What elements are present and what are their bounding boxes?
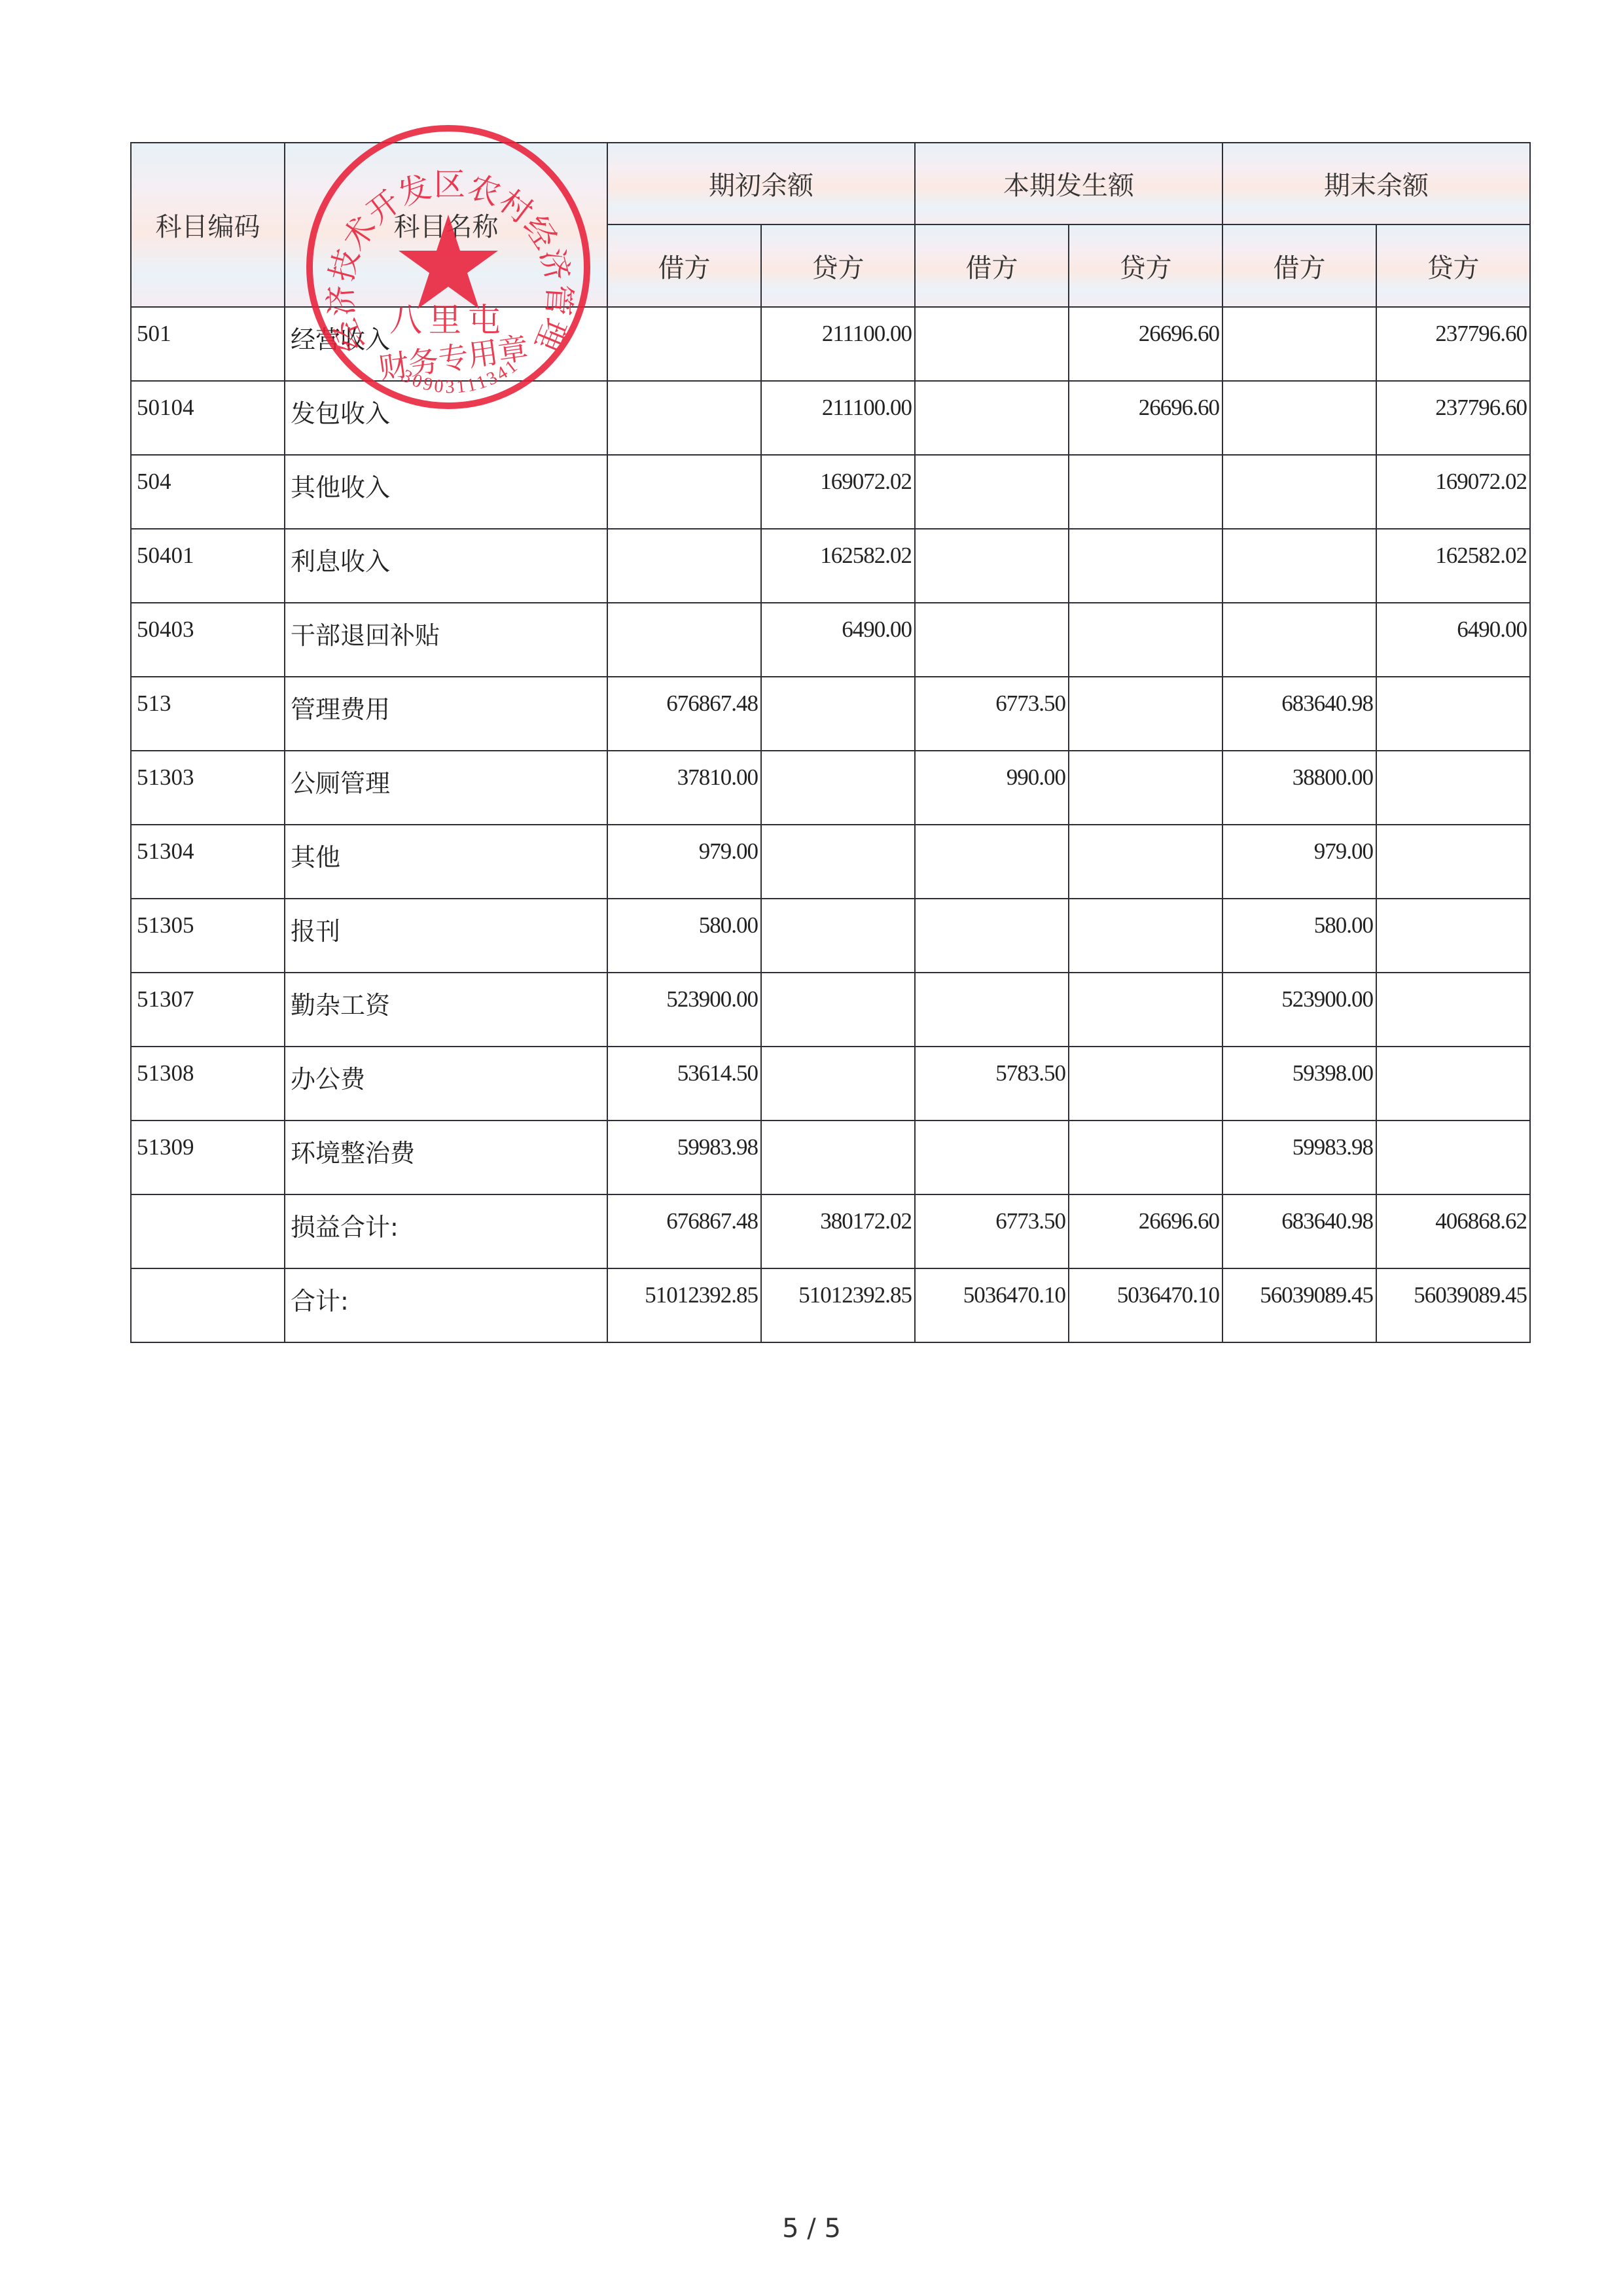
closing-debit-amount: 59983.98 bbox=[1222, 1121, 1376, 1194]
closing-credit-amount: 237796.60 bbox=[1376, 307, 1530, 381]
header-period-amount: 本期发生额 bbox=[915, 143, 1222, 224]
opening-debit-amount: 676867.48 bbox=[607, 1194, 761, 1268]
closing-credit-amount bbox=[1376, 1047, 1530, 1121]
opening-debit-amount bbox=[607, 307, 761, 381]
period-credit-amount bbox=[1069, 825, 1222, 899]
header-opening-credit: 贷方 bbox=[761, 224, 915, 307]
account-code: 501 bbox=[131, 307, 285, 381]
closing-debit-amount: 580.00 bbox=[1222, 899, 1376, 973]
account-code: 50403 bbox=[131, 603, 285, 677]
table-row: 504其他收入169072.02169072.02 bbox=[131, 455, 1530, 529]
opening-credit-amount bbox=[761, 899, 915, 973]
closing-debit-amount bbox=[1222, 307, 1376, 381]
table-body: 501经营收入211100.0026696.60237796.6050104发包… bbox=[131, 307, 1530, 1342]
header-closing-credit: 贷方 bbox=[1376, 224, 1530, 307]
period-debit-amount: 6773.50 bbox=[915, 677, 1069, 751]
period-debit-amount bbox=[915, 603, 1069, 677]
period-debit-amount bbox=[915, 899, 1069, 973]
opening-credit-amount: 211100.00 bbox=[761, 381, 915, 455]
period-debit-amount bbox=[915, 381, 1069, 455]
table-row: 513管理费用676867.486773.50683640.98 bbox=[131, 677, 1530, 751]
opening-debit-amount bbox=[607, 381, 761, 455]
table-row: 50403干部退回补贴6490.006490.00 bbox=[131, 603, 1530, 677]
closing-credit-amount: 406868.62 bbox=[1376, 1194, 1530, 1268]
opening-credit-amount bbox=[761, 677, 915, 751]
opening-debit-amount: 676867.48 bbox=[607, 677, 761, 751]
opening-debit-amount: 37810.00 bbox=[607, 751, 761, 825]
period-debit-amount bbox=[915, 455, 1069, 529]
period-debit-amount bbox=[915, 973, 1069, 1047]
table-row: 501经营收入211100.0026696.60237796.60 bbox=[131, 307, 1530, 381]
table-row: 51304其他979.00979.00 bbox=[131, 825, 1530, 899]
table-row: 51303公厕管理37810.00990.0038800.00 bbox=[131, 751, 1530, 825]
account-name: 损益合计: bbox=[285, 1194, 607, 1268]
closing-debit-amount: 523900.00 bbox=[1222, 973, 1376, 1047]
account-name: 经营收入 bbox=[285, 307, 607, 381]
closing-debit-amount bbox=[1222, 603, 1376, 677]
account-name: 发包收入 bbox=[285, 381, 607, 455]
opening-debit-amount: 523900.00 bbox=[607, 973, 761, 1047]
account-name: 合计: bbox=[285, 1268, 607, 1342]
account-code: 51308 bbox=[131, 1047, 285, 1121]
opening-debit-amount: 53614.50 bbox=[607, 1047, 761, 1121]
account-code: 50401 bbox=[131, 529, 285, 603]
opening-credit-amount: 169072.02 bbox=[761, 455, 915, 529]
opening-credit-amount bbox=[761, 973, 915, 1047]
opening-credit-amount: 211100.00 bbox=[761, 307, 915, 381]
account-name: 利息收入 bbox=[285, 529, 607, 603]
account-name: 勤杂工资 bbox=[285, 973, 607, 1047]
period-debit-amount: 5783.50 bbox=[915, 1047, 1069, 1121]
account-code: 50104 bbox=[131, 381, 285, 455]
period-debit-amount bbox=[915, 825, 1069, 899]
closing-credit-amount: 237796.60 bbox=[1376, 381, 1530, 455]
closing-credit-amount bbox=[1376, 973, 1530, 1047]
opening-debit-amount: 51012392.85 bbox=[607, 1268, 761, 1342]
opening-credit-amount bbox=[761, 825, 915, 899]
header-closing-debit: 借方 bbox=[1222, 224, 1376, 307]
account-name: 环境整治费 bbox=[285, 1121, 607, 1194]
period-debit-amount: 6773.50 bbox=[915, 1194, 1069, 1268]
closing-debit-amount: 59398.00 bbox=[1222, 1047, 1376, 1121]
closing-debit-amount bbox=[1222, 381, 1376, 455]
closing-credit-amount: 169072.02 bbox=[1376, 455, 1530, 529]
period-credit-amount bbox=[1069, 973, 1222, 1047]
period-credit-amount: 26696.60 bbox=[1069, 307, 1222, 381]
period-debit-amount: 5036470.10 bbox=[915, 1268, 1069, 1342]
closing-credit-amount bbox=[1376, 825, 1530, 899]
opening-debit-amount: 59983.98 bbox=[607, 1121, 761, 1194]
closing-debit-amount: 38800.00 bbox=[1222, 751, 1376, 825]
account-name: 管理费用 bbox=[285, 677, 607, 751]
header-period-debit: 借方 bbox=[915, 224, 1069, 307]
table-row: 50401利息收入162582.02162582.02 bbox=[131, 529, 1530, 603]
closing-credit-amount: 6490.00 bbox=[1376, 603, 1530, 677]
trial-balance-table: 科目编码 科目名称 期初余额 本期发生额 期末余额 借方 贷方 借方 贷方 借方… bbox=[130, 142, 1531, 1343]
opening-credit-amount bbox=[761, 1047, 915, 1121]
header-period-credit: 贷方 bbox=[1069, 224, 1222, 307]
opening-debit-amount bbox=[607, 455, 761, 529]
closing-debit-amount bbox=[1222, 529, 1376, 603]
opening-debit-amount bbox=[607, 603, 761, 677]
closing-credit-amount bbox=[1376, 677, 1530, 751]
account-code: 51303 bbox=[131, 751, 285, 825]
period-credit-amount bbox=[1069, 751, 1222, 825]
period-debit-amount bbox=[915, 1121, 1069, 1194]
account-code: 51305 bbox=[131, 899, 285, 973]
table-row: 51309环境整治费59983.9859983.98 bbox=[131, 1121, 1530, 1194]
account-name: 其他收入 bbox=[285, 455, 607, 529]
period-debit-amount bbox=[915, 307, 1069, 381]
header-opening-debit: 借方 bbox=[607, 224, 761, 307]
period-credit-amount bbox=[1069, 899, 1222, 973]
period-credit-amount: 26696.60 bbox=[1069, 1194, 1222, 1268]
period-credit-amount: 26696.60 bbox=[1069, 381, 1222, 455]
closing-credit-amount: 162582.02 bbox=[1376, 529, 1530, 603]
closing-credit-amount bbox=[1376, 1121, 1530, 1194]
account-name: 公厕管理 bbox=[285, 751, 607, 825]
opening-debit-amount: 979.00 bbox=[607, 825, 761, 899]
table-row: 51307勤杂工资523900.00523900.00 bbox=[131, 973, 1530, 1047]
opening-credit-amount: 380172.02 bbox=[761, 1194, 915, 1268]
account-name: 其他 bbox=[285, 825, 607, 899]
table-row: 合计:51012392.8551012392.855036470.1050364… bbox=[131, 1268, 1530, 1342]
account-code: 51309 bbox=[131, 1121, 285, 1194]
period-credit-amount bbox=[1069, 1047, 1222, 1121]
period-debit-amount: 990.00 bbox=[915, 751, 1069, 825]
table-row: 51308办公费53614.505783.5059398.00 bbox=[131, 1047, 1530, 1121]
account-code: 504 bbox=[131, 455, 285, 529]
opening-credit-amount: 162582.02 bbox=[761, 529, 915, 603]
period-credit-amount bbox=[1069, 1121, 1222, 1194]
table-row: 损益合计:676867.48380172.026773.5026696.6068… bbox=[131, 1194, 1530, 1268]
page-number: 5 / 5 bbox=[0, 2214, 1623, 2244]
table-row: 51305报刊580.00580.00 bbox=[131, 899, 1530, 973]
period-credit-amount bbox=[1069, 455, 1222, 529]
account-code bbox=[131, 1268, 285, 1342]
header-closing-balance: 期末余额 bbox=[1222, 143, 1530, 224]
opening-debit-amount bbox=[607, 529, 761, 603]
opening-credit-amount: 6490.00 bbox=[761, 603, 915, 677]
closing-debit-amount bbox=[1222, 455, 1376, 529]
opening-credit-amount: 51012392.85 bbox=[761, 1268, 915, 1342]
closing-debit-amount: 979.00 bbox=[1222, 825, 1376, 899]
closing-credit-amount bbox=[1376, 751, 1530, 825]
table-row: 50104发包收入211100.0026696.60237796.60 bbox=[131, 381, 1530, 455]
header-account-code: 科目编码 bbox=[131, 143, 285, 307]
header-account-name: 科目名称 bbox=[285, 143, 607, 307]
closing-credit-amount: 56039089.45 bbox=[1376, 1268, 1530, 1342]
opening-credit-amount bbox=[761, 751, 915, 825]
header-opening-balance: 期初余额 bbox=[607, 143, 915, 224]
account-code: 513 bbox=[131, 677, 285, 751]
account-code: 51304 bbox=[131, 825, 285, 899]
account-name: 报刊 bbox=[285, 899, 607, 973]
period-credit-amount: 5036470.10 bbox=[1069, 1268, 1222, 1342]
period-debit-amount bbox=[915, 529, 1069, 603]
opening-credit-amount bbox=[761, 1121, 915, 1194]
account-name: 办公费 bbox=[285, 1047, 607, 1121]
closing-debit-amount: 683640.98 bbox=[1222, 677, 1376, 751]
closing-debit-amount: 683640.98 bbox=[1222, 1194, 1376, 1268]
account-code bbox=[131, 1194, 285, 1268]
period-credit-amount bbox=[1069, 677, 1222, 751]
opening-debit-amount: 580.00 bbox=[607, 899, 761, 973]
period-credit-amount bbox=[1069, 603, 1222, 677]
closing-credit-amount bbox=[1376, 899, 1530, 973]
account-code: 51307 bbox=[131, 973, 285, 1047]
closing-debit-amount: 56039089.45 bbox=[1222, 1268, 1376, 1342]
account-name: 干部退回补贴 bbox=[285, 603, 607, 677]
period-credit-amount bbox=[1069, 529, 1222, 603]
